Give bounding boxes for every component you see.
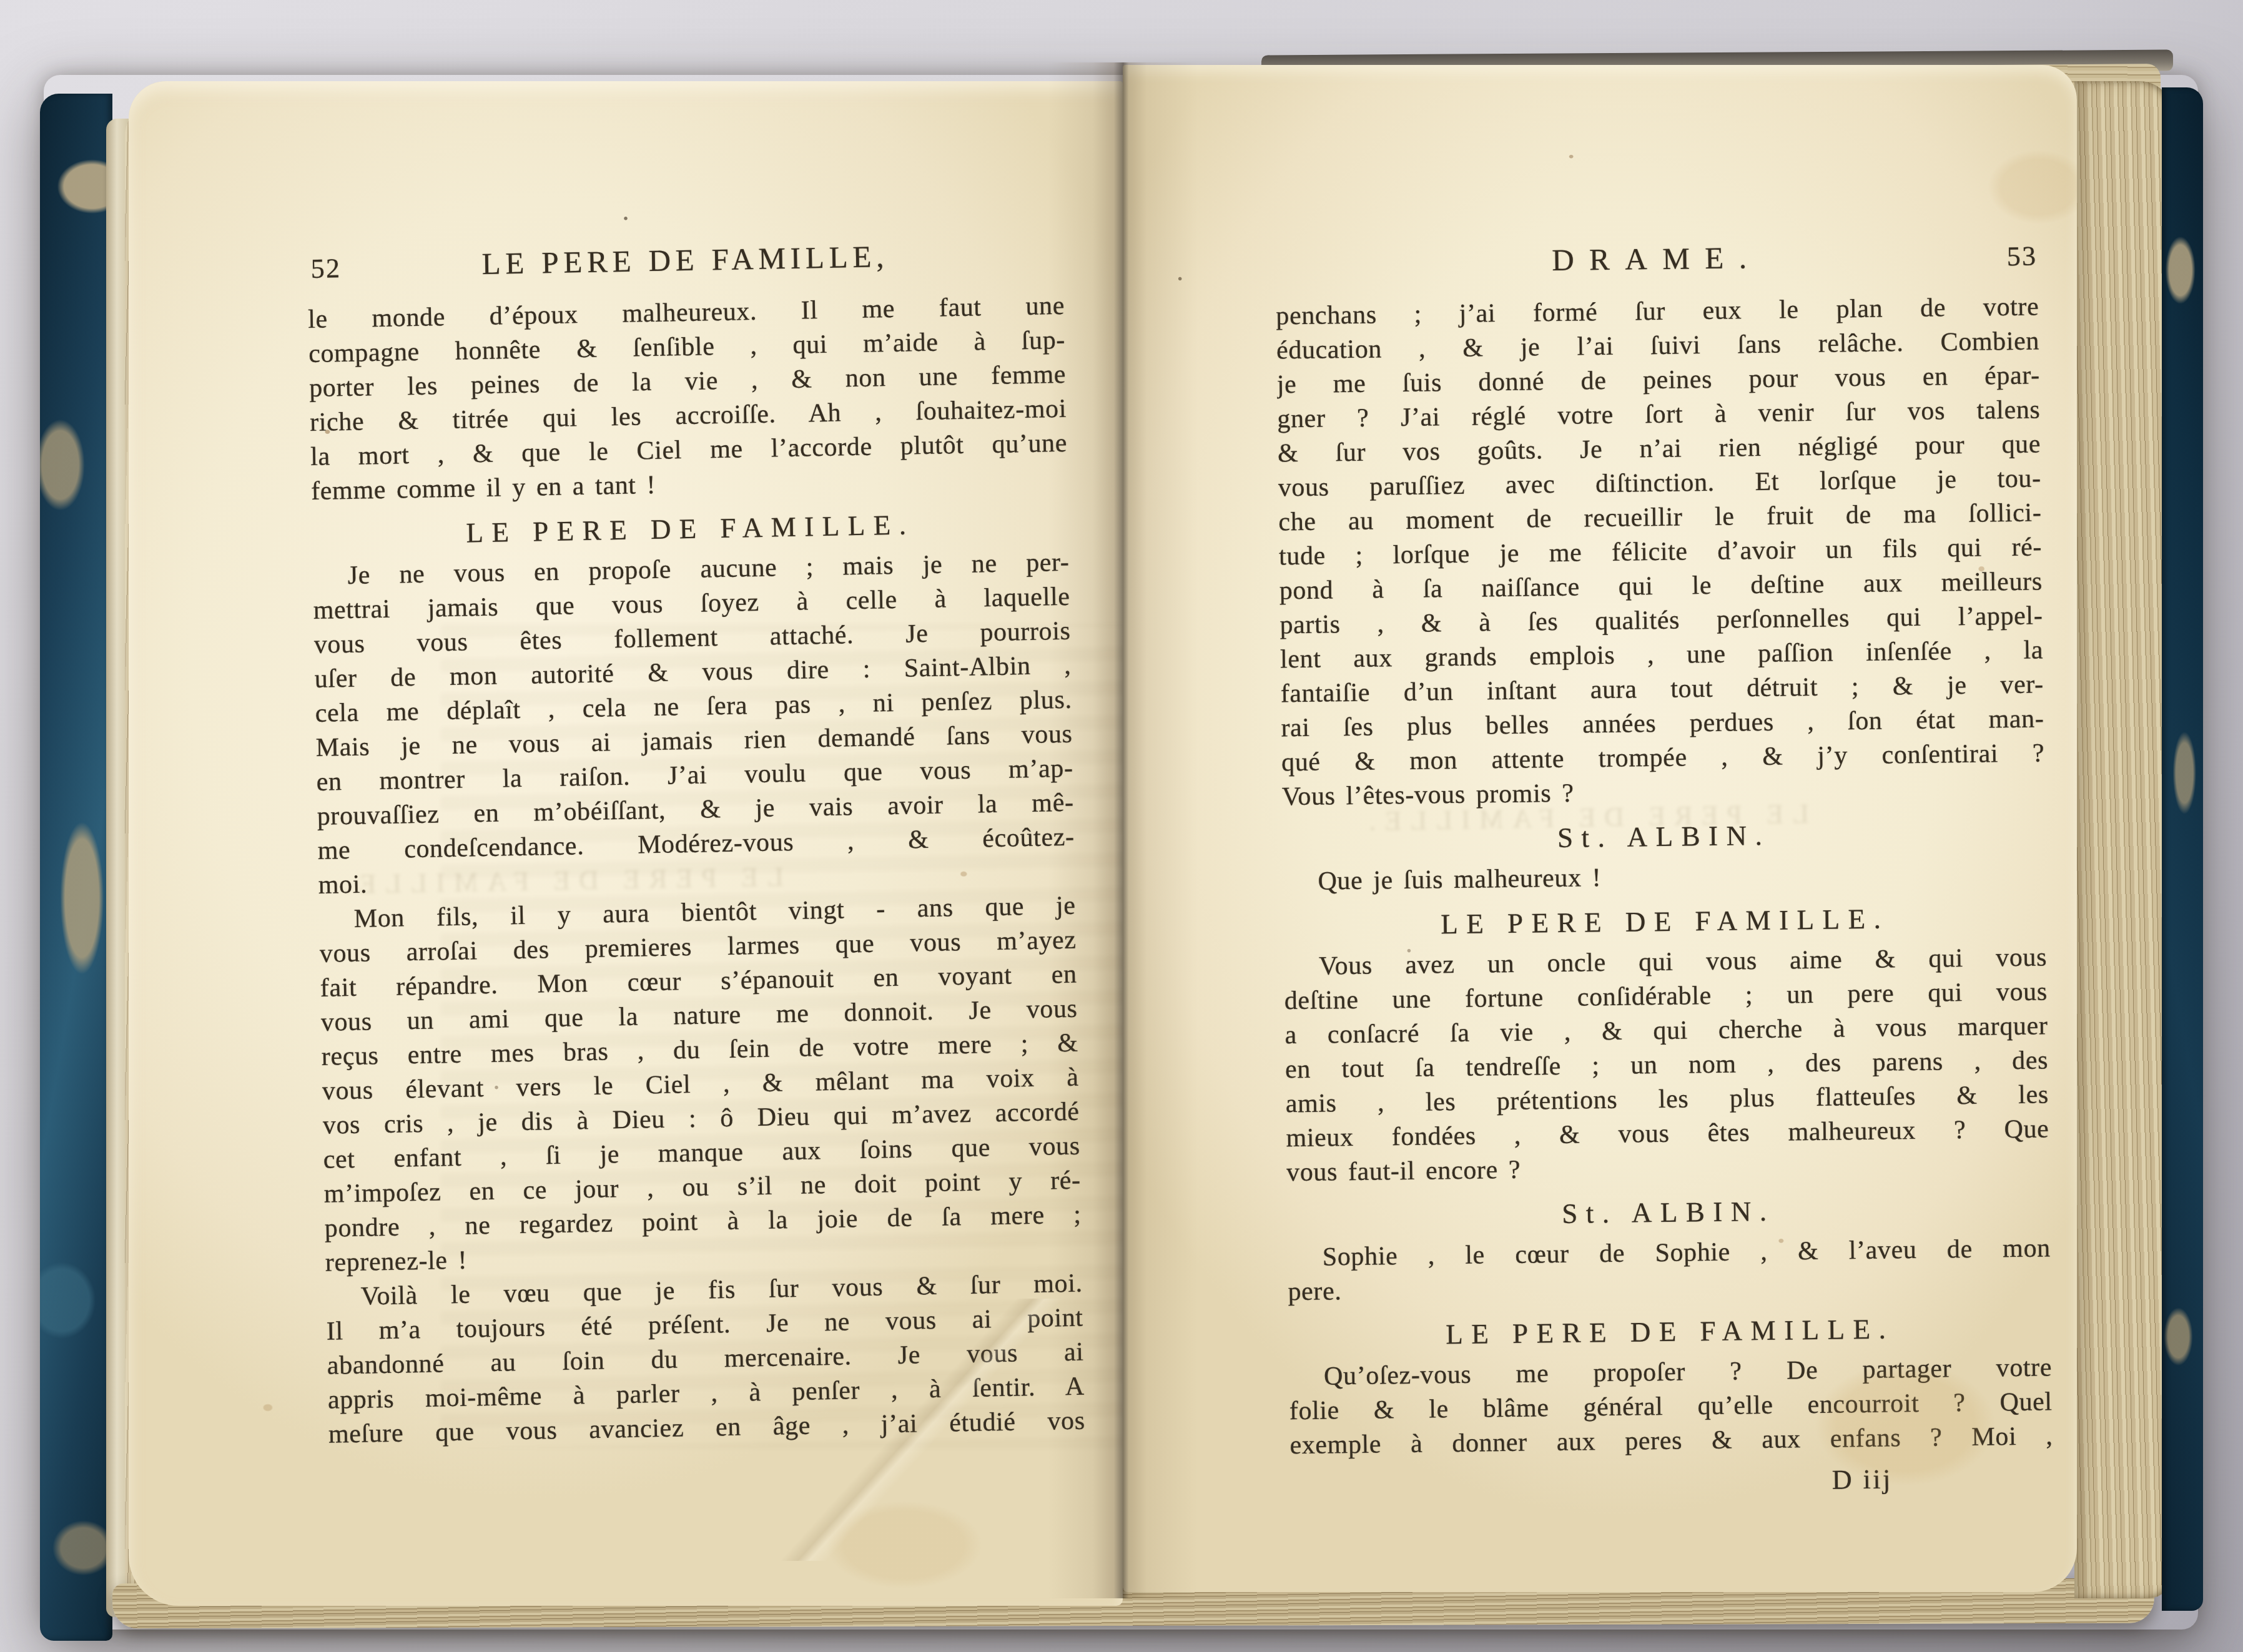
speaker-heading: LE PERE DE FAMILLE. [1283,900,2047,943]
right-page: LE PERE DE FAMILLE. DRAME. 53 penchans ;… [1123,65,2077,1592]
left-page-content: 52 LE PERE DE FAMILLE, le monde d’époux … [307,235,1085,1452]
speaker-heading: St. ALBIN. [1287,1191,2051,1234]
right-page-header: DRAME. 53 [1275,237,2039,290]
left-running-title: LE PERE DE FAMILLE, [307,235,1064,285]
right-page-number: 53 [2007,240,2038,273]
speaker-heading: St. ALBIN. [1282,815,2046,858]
right-page-content: DRAME. 53 penchans ; j’ai formé ſur eux … [1275,237,2054,1504]
right-text-block: penchans ; j’ai formé ſur eux le plan de… [1276,290,2053,1463]
speaker-heading: LE PERE DE FAMILLE. [312,505,1069,553]
right-running-title: DRAME. [1275,237,2039,282]
leaf-edges-fore-right [2074,81,2173,1598]
marbled-cover-left-edge [40,94,112,1641]
text-line: Que je ſuis malheureux ! [1283,855,2046,899]
gathering-signature: D iij [1832,1460,2054,1497]
left-page: LE PERE DE FAMILLE. 52 LE PERE DE FAMILL… [129,81,1123,1606]
left-page-number: 52 [310,252,341,285]
left-text-block: le monde d’époux malheureux. Il me faut … [308,289,1086,1452]
photo-background: LE PERE DE FAMILLE. 52 LE PERE DE FAMILL… [0,0,2243,1652]
left-page-header: 52 LE PERE DE FAMILLE, [307,235,1064,293]
marbled-cover-right-edge [2162,87,2203,1611]
speaker-heading: LE PERE DE FAMILLE. [1288,1310,2052,1354]
